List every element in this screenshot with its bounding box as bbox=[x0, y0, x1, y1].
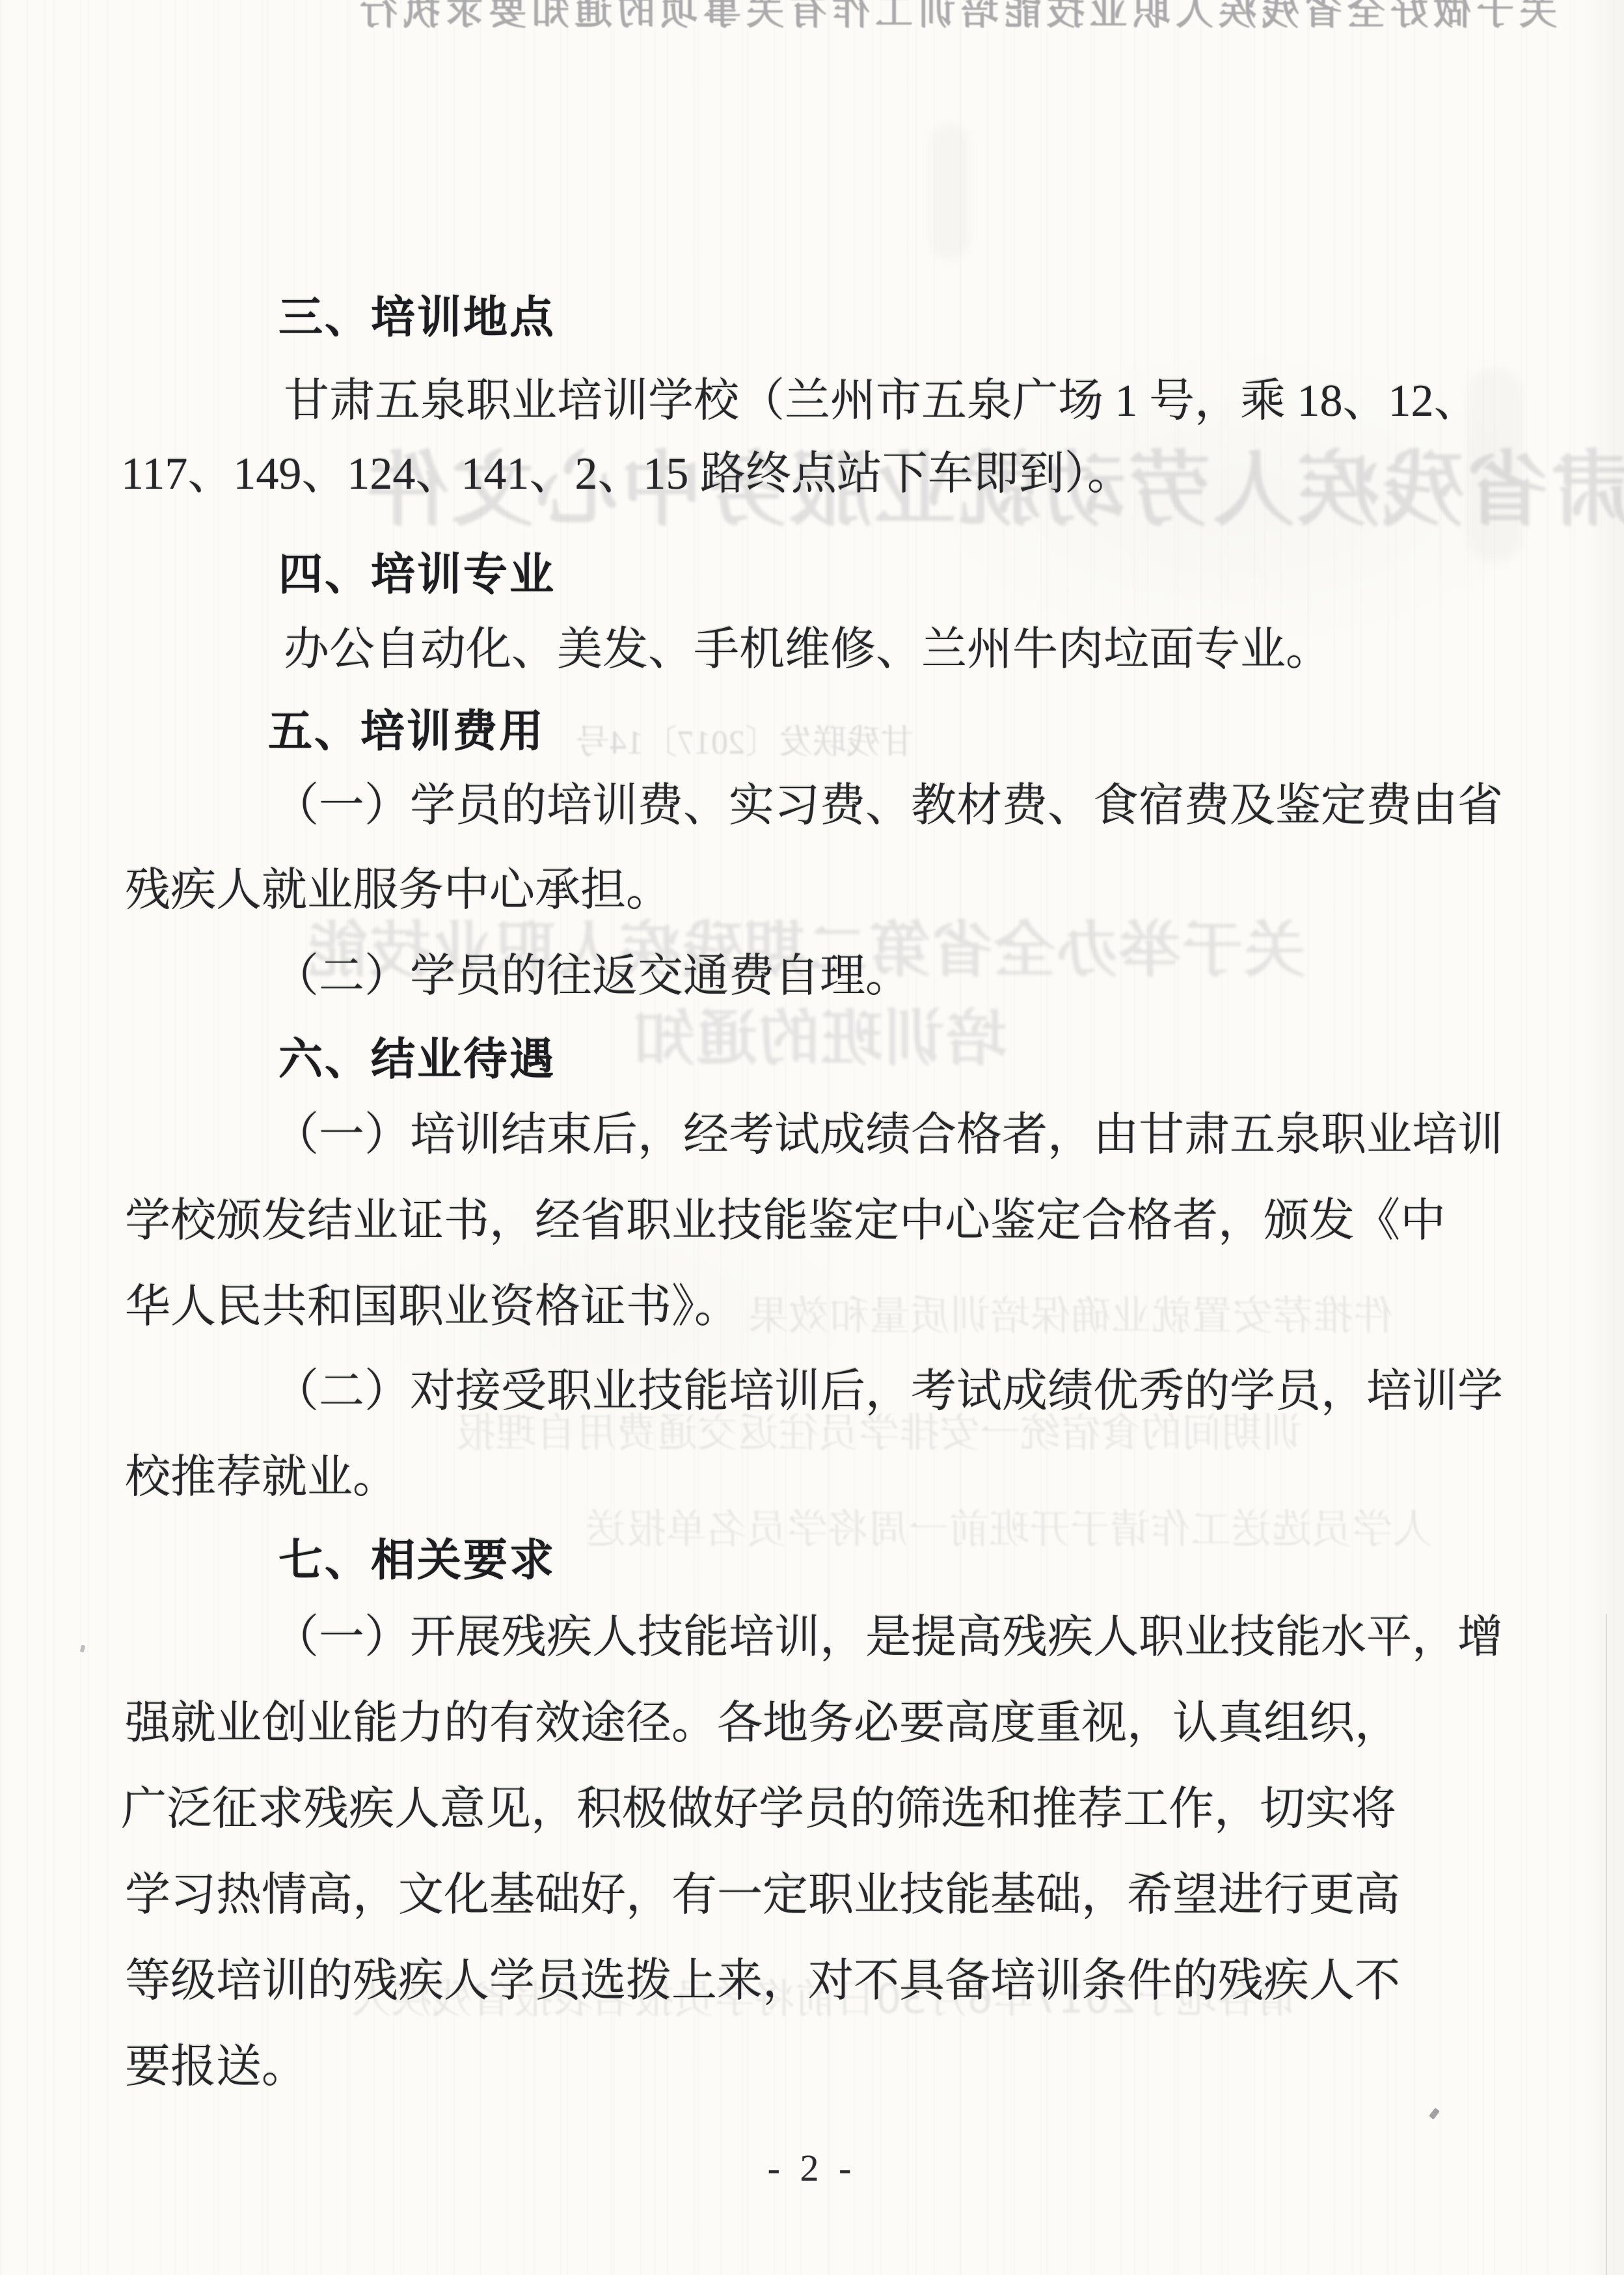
body-line: 117、149、124、141、2、15 路终点站下车即到）。 bbox=[121, 449, 1133, 500]
section-heading-3-training-location: 三、培训地点 bbox=[278, 293, 556, 344]
section-heading-6-completion-benefits: 六、结业待遇 bbox=[278, 1035, 556, 1085]
bleed-notice-title-line2: 培训班的通知 bbox=[632, 989, 1007, 1077]
section-heading-7-related-requirements: 七、相关要求 bbox=[278, 1536, 556, 1587]
body-line: 强就业创业能力的有效途径。各地务必要高度重视，认真组织， bbox=[125, 1698, 1400, 1749]
bleed-top-edge-text: 关于做好全省残疾人职业技能培训工作有关事项的通知要求执行 bbox=[355, 0, 1557, 35]
scanned-document-page: 关于做好全省残疾人职业技能培训工作有关事项的通知要求执行 甘肃省残疾人劳动就业服… bbox=[0, 0, 1624, 2275]
page-number: - 2 - bbox=[0, 2146, 1624, 2190]
scan-speck bbox=[1429, 2108, 1440, 2119]
body-line: 学校颁发结业证书，经省职业技能鉴定中心鉴定合格者，颁发《中 bbox=[125, 1196, 1446, 1247]
body-line: 残疾人就业服务中心承担。 bbox=[125, 865, 671, 916]
body-line: 广泛征求残疾人意见，积极做好学员的筛选和推荐工作，切实将 bbox=[121, 1784, 1396, 1835]
body-line: 校推荐就业。 bbox=[125, 1452, 398, 1503]
body-line: （一）学员的培训费、实习费、教材费、食宿费及鉴定费由省 bbox=[273, 781, 1503, 832]
scan-edge-line bbox=[1606, 1614, 1607, 2275]
body-line: （二）对接受职业技能培训后，考试成绩优秀的学员，培训学 bbox=[273, 1367, 1503, 1417]
section-heading-4-training-majors: 四、培训专业 bbox=[278, 550, 556, 601]
body-line: 要报送。 bbox=[125, 2042, 307, 2093]
body-line: 甘肃五泉职业培训学校（兰州市五泉广场 1 号，乘 18、12、 bbox=[284, 376, 1480, 427]
body-line: （二）学员的往返交通费自理。 bbox=[273, 951, 911, 1002]
body-line: 学习热情高，文化基础好，有一定职业技能基础，希望进行更高 bbox=[125, 1870, 1400, 1921]
section-heading-5-training-fees: 五、培训费用 bbox=[268, 707, 545, 757]
bleed-ghost-line: 人学员选送工作请于开班前一周将学员名单报送 bbox=[586, 1497, 1433, 1555]
bleed-doc-number: 甘残联发〔2017〕14号 bbox=[576, 715, 914, 763]
scan-smudge bbox=[1467, 368, 1522, 563]
body-line: 华人民共和国职业资格证书》。 bbox=[125, 1282, 740, 1333]
body-line: 等级培训的残疾人学员选拨上来，对不具备培训条件的残疾人不 bbox=[125, 1956, 1400, 2007]
body-line: （一）开展残疾人技能培训，是提高残疾人职业技能水平，增 bbox=[273, 1613, 1503, 1663]
body-line: 办公自动化、美发、手机维修、兰州牛肉垃面专业。 bbox=[284, 625, 1331, 675]
body-line: （一）培训结束后，经考试成绩合格者，由甘肃五泉职业培训 bbox=[273, 1110, 1503, 1161]
bleed-ghost-line: 件推荐安置就业确保培训质量和效果 bbox=[748, 1283, 1394, 1341]
scan-smudge bbox=[930, 124, 969, 260]
scan-speck bbox=[80, 1644, 86, 1652]
